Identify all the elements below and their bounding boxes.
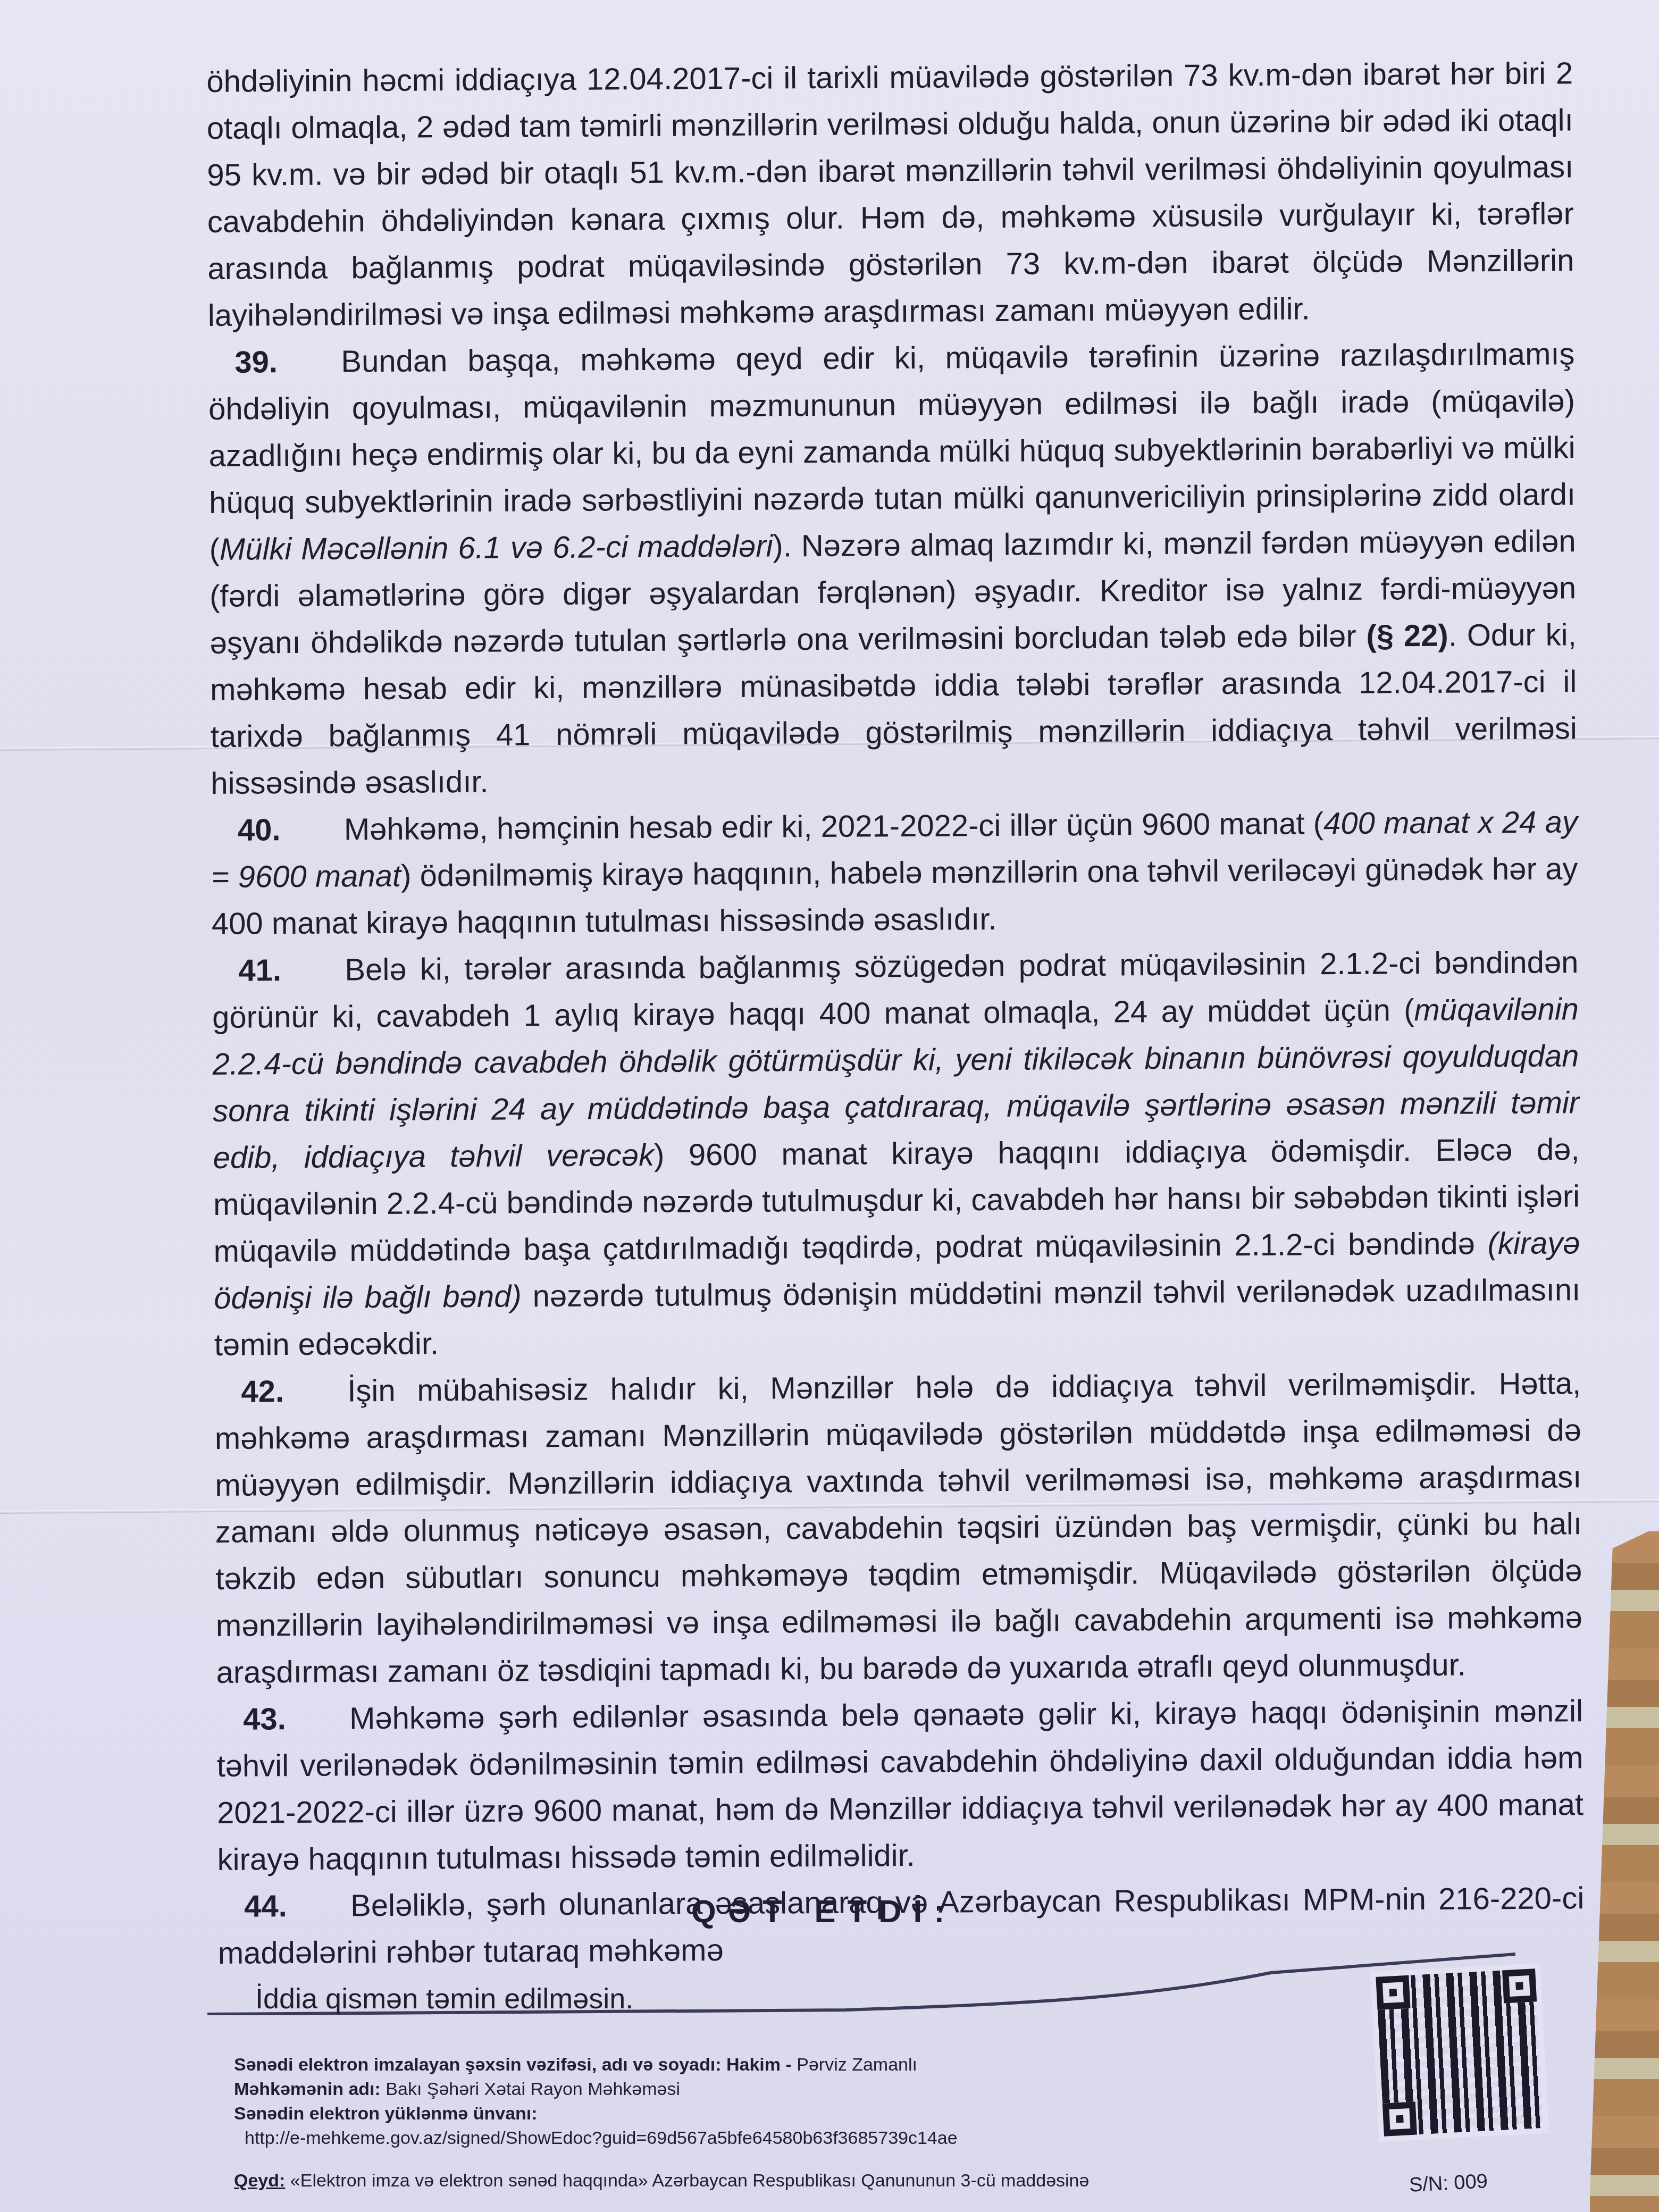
paragraph-text: (§ 22) xyxy=(1366,618,1448,653)
signer-name: Pərviz Zamanlı xyxy=(797,2055,917,2075)
paragraph-number: 39. xyxy=(208,338,341,386)
decision-text: İddia qismən təmin edilməsin. xyxy=(255,1982,633,2015)
paragraph-40: 40.Məhkəmə, həmçinin hesab edir ki, 2021… xyxy=(211,799,1579,948)
paragraph-number: 43. xyxy=(216,1695,350,1743)
document-url-link[interactable]: http://e-mehkeme.gov.az/signed/ShowEdoc?… xyxy=(234,2126,1351,2150)
url-label: Sənədin elektron yüklənmə ünvanı: xyxy=(234,2104,538,2124)
paragraph-43: 43.Məhkəmə şərh edilənlər əsasında belə … xyxy=(216,1688,1584,1883)
paragraph-number: 41. xyxy=(212,946,345,994)
qr-finder-pattern xyxy=(1376,1975,1410,2010)
paragraph-number: 44. xyxy=(217,1882,351,1930)
paragraph-continuation: öhdəliyinin həcmi iddiaçıya 12.04.2017-c… xyxy=(206,50,1574,339)
qr-finder-pattern xyxy=(1382,2101,1417,2136)
document-body: öhdəliyinin həcmi iddiaçıya 12.04.2017-c… xyxy=(206,50,1585,1977)
paragraph-number: 42. xyxy=(214,1368,348,1415)
qr-finder-pattern xyxy=(1502,1968,1537,2003)
court-label: Məhkəmənin adı: xyxy=(234,2079,381,2099)
signer-label: Sənədi elektron imzalayan şəxsin vəzifəs… xyxy=(234,2055,722,2075)
paragraph-text: Məhkəmə, həmçinin hesab edir ki, 2021-20… xyxy=(344,806,1324,847)
note-text: «Elektron imza və elektron sənəd haqqınd… xyxy=(290,2171,1090,2191)
paragraph-text: öhdəliyinin həcmi iddiaçıya 12.04.2017-c… xyxy=(206,56,1574,333)
signer-role: Hakim - xyxy=(726,2055,792,2075)
court-row: Məhkəmənin adı: Bakı Şəhəri Xətai Rayon … xyxy=(234,2077,1351,2101)
qr-code-icon xyxy=(1370,1963,1549,2142)
serial-number: S/N: 009 xyxy=(1409,2170,1488,2197)
verdict-heading: QƏT ETDİ: xyxy=(691,1893,956,1930)
paragraph-text: ) ödənilməmiş kirayə haqqının, habelə mə… xyxy=(212,851,1578,941)
paragraph-text: İşin mübahisəsiz halıdır ki, Mənzillər h… xyxy=(215,1366,1582,1690)
paragraph-text: Mülki Məcəllənin 6.1 və 6.2-ci maddələri xyxy=(220,529,773,567)
signer-row: Sənədi elektron imzalayan şəxsin vəzifəs… xyxy=(234,2052,1351,2077)
paragraph-39: 39.Bundan başqa, məhkəmə qeyd edir ki, m… xyxy=(208,331,1577,807)
note-label: Qeyd: xyxy=(234,2171,285,2191)
paragraph-42: 42.İşin mübahisəsiz halıdır ki, Mənzillə… xyxy=(214,1360,1583,1696)
paragraph-text: Məhkəmə şərh edilənlər əsasında belə qən… xyxy=(216,1694,1583,1877)
signature-block: Sənədi elektron imzalayan şəxsin vəzifəs… xyxy=(234,2052,1351,2193)
paragraph-number: 40. xyxy=(211,806,345,854)
note-row: Qeyd: «Elektron imza və elektron sənəd h… xyxy=(234,2168,1351,2193)
paragraph-text: Belə ki, tərələr arasında bağlanmış sözü… xyxy=(212,945,1579,1035)
url-row: Sənədin elektron yüklənmə ünvanı: xyxy=(234,2101,1351,2126)
paragraph-41: 41.Belə ki, tərələr arasında bağlanmış s… xyxy=(212,939,1581,1369)
court-name: Bakı Şəhəri Xətai Rayon Məhkəməsi xyxy=(386,2079,680,2099)
